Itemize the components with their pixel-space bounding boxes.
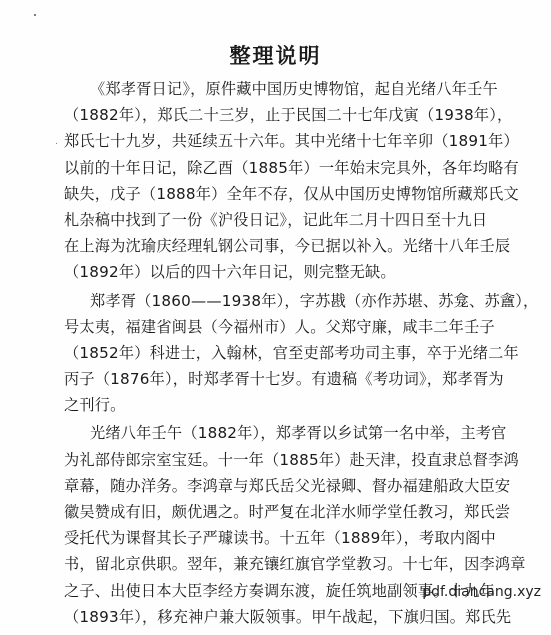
text-line: 受托代为课督其长子严璩读书。十五年（1889年），考取内阁中 bbox=[64, 525, 464, 551]
text-line: 丙子（1876年），时郑孝胥十七岁。有遗稿《考功词》，郑孝胥为 bbox=[64, 366, 464, 392]
text-line: 郑氏七十九岁，共延续五十六年。其中光绪十七年辛卯（1891年） bbox=[64, 128, 464, 154]
text-line: 书，留北京供职。翌年，兼充镶红旗官学堂教习。十七年，因李鸿章 bbox=[64, 551, 464, 577]
page-title: 整理说明 bbox=[0, 40, 551, 70]
text-line: 光绪八年壬午（1882年），郑孝胥以乡试第一名中举，主考官 bbox=[64, 420, 464, 446]
text-line: （1892年）以后的四十六年日记，则完整无缺。 bbox=[64, 259, 464, 285]
text-line: 为礼部侍郎宗室宝廷。十一年（1885年）赴天津，投直隶总督李鸿 bbox=[64, 447, 464, 473]
text-line: （1852年）科进士，入翰林，官至吏部考功司主事，卒于光绪二年 bbox=[64, 340, 464, 366]
document-page: 整理说明 《郑孝胥日记》，原件藏中国历史博物馆，起自光绪八年壬午 （1882年）… bbox=[0, 0, 551, 635]
paragraph-1: 《郑孝胥日记》，原件藏中国历史博物馆，起自光绪八年壬午 （1882年），郑氏二十… bbox=[64, 76, 464, 286]
text-line: 郑孝胥（1860——1938年），字苏戡（亦作苏堪、苏龛、苏盦）， bbox=[64, 288, 464, 314]
text-line: 缺失，戊子（1888年）全年不存，仅从中国历史博物馆所藏郑氏文 bbox=[64, 181, 464, 207]
text-line: 札杂稿中找到了一份《沪役日记》，记此年二月十四日至十九日 bbox=[64, 207, 464, 233]
text-line: 号太夷，福建省闽县（今福州市）人。父郑守廉，咸丰二年壬子 bbox=[64, 314, 464, 340]
document-body: 《郑孝胥日记》，原件藏中国历史博物馆，起自光绪八年壬午 （1882年），郑氏二十… bbox=[64, 76, 464, 630]
text-line: 章幕，随办洋务。李鸿章与郑氏岳父光禄卿、督办福建船政大臣安 bbox=[64, 473, 464, 499]
watermark-text: pdf.diancang.xyz bbox=[422, 584, 541, 600]
text-line: （1893年），移充神户兼大阪领事。甲午战起，下旗归国。郑氏先 bbox=[64, 604, 464, 630]
scan-speck bbox=[56, 143, 57, 144]
paragraph-2: 郑孝胥（1860——1938年），字苏戡（亦作苏堪、苏龛、苏盦）， 号太夷，福建… bbox=[64, 288, 464, 419]
scan-speck bbox=[34, 14, 36, 16]
text-line: 之子、出使日本大臣李经方奏调东渡，旋任筑地副领事。十九年 bbox=[64, 578, 464, 604]
paragraph-3: 光绪八年壬午（1882年），郑孝胥以乡试第一名中举，主考官 为礼部侍郎宗室宝廷。… bbox=[64, 420, 464, 630]
text-line: 以前的十年日记，除乙酉（1885年）一年始末完具外，各年均略有 bbox=[64, 155, 464, 181]
text-line: （1882年），郑氏二十三岁，止于民国二十七年戊寅（1938年）， bbox=[64, 102, 464, 128]
text-line: 之刊行。 bbox=[64, 392, 464, 418]
text-line: 《郑孝胥日记》，原件藏中国历史博物馆，起自光绪八年壬午 bbox=[64, 76, 464, 102]
text-line: 徽吴赞成有旧，颇优遇之。时严复在北洋水师学堂任教习，郑氏尝 bbox=[64, 499, 464, 525]
text-line: 在上海为沈瑜庆经理轧钢公司事，今已据以补入。光绪十八年壬辰 bbox=[64, 233, 464, 259]
